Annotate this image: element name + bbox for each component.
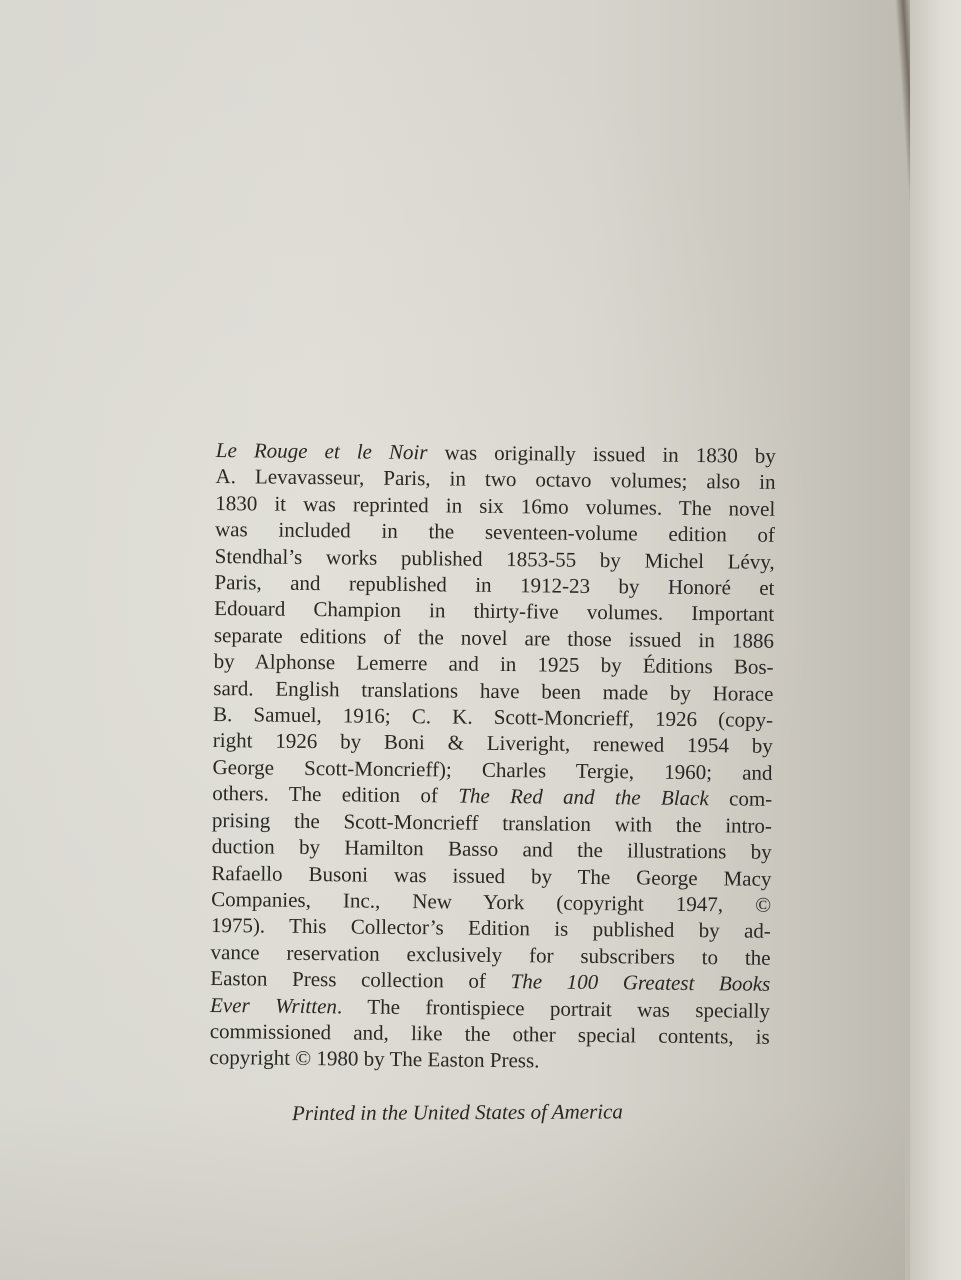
line-text: Easton Press collection of	[210, 966, 511, 993]
page-shadow	[0, 1100, 905, 1280]
printed-in-notice: Printed in the United States of America	[292, 1099, 712, 1126]
facing-page-edge	[910, 0, 961, 1280]
title-italic: The 100 Greatest Books	[510, 969, 770, 996]
line-text: was originally issued in 1830 by	[427, 440, 776, 468]
title-italic: Le Rouge et le Noir	[216, 438, 428, 464]
line-text: . The frontispiece portrait was speciall…	[337, 994, 770, 1023]
title-italic: The Red and the Black	[458, 784, 709, 811]
line-text: com-	[709, 786, 773, 811]
title-italic: Ever Written	[210, 993, 337, 1018]
line-text: others. The edition of	[212, 781, 458, 808]
colophon-paragraph: Le Rouge et le Noir was originally issue…	[209, 437, 776, 1077]
